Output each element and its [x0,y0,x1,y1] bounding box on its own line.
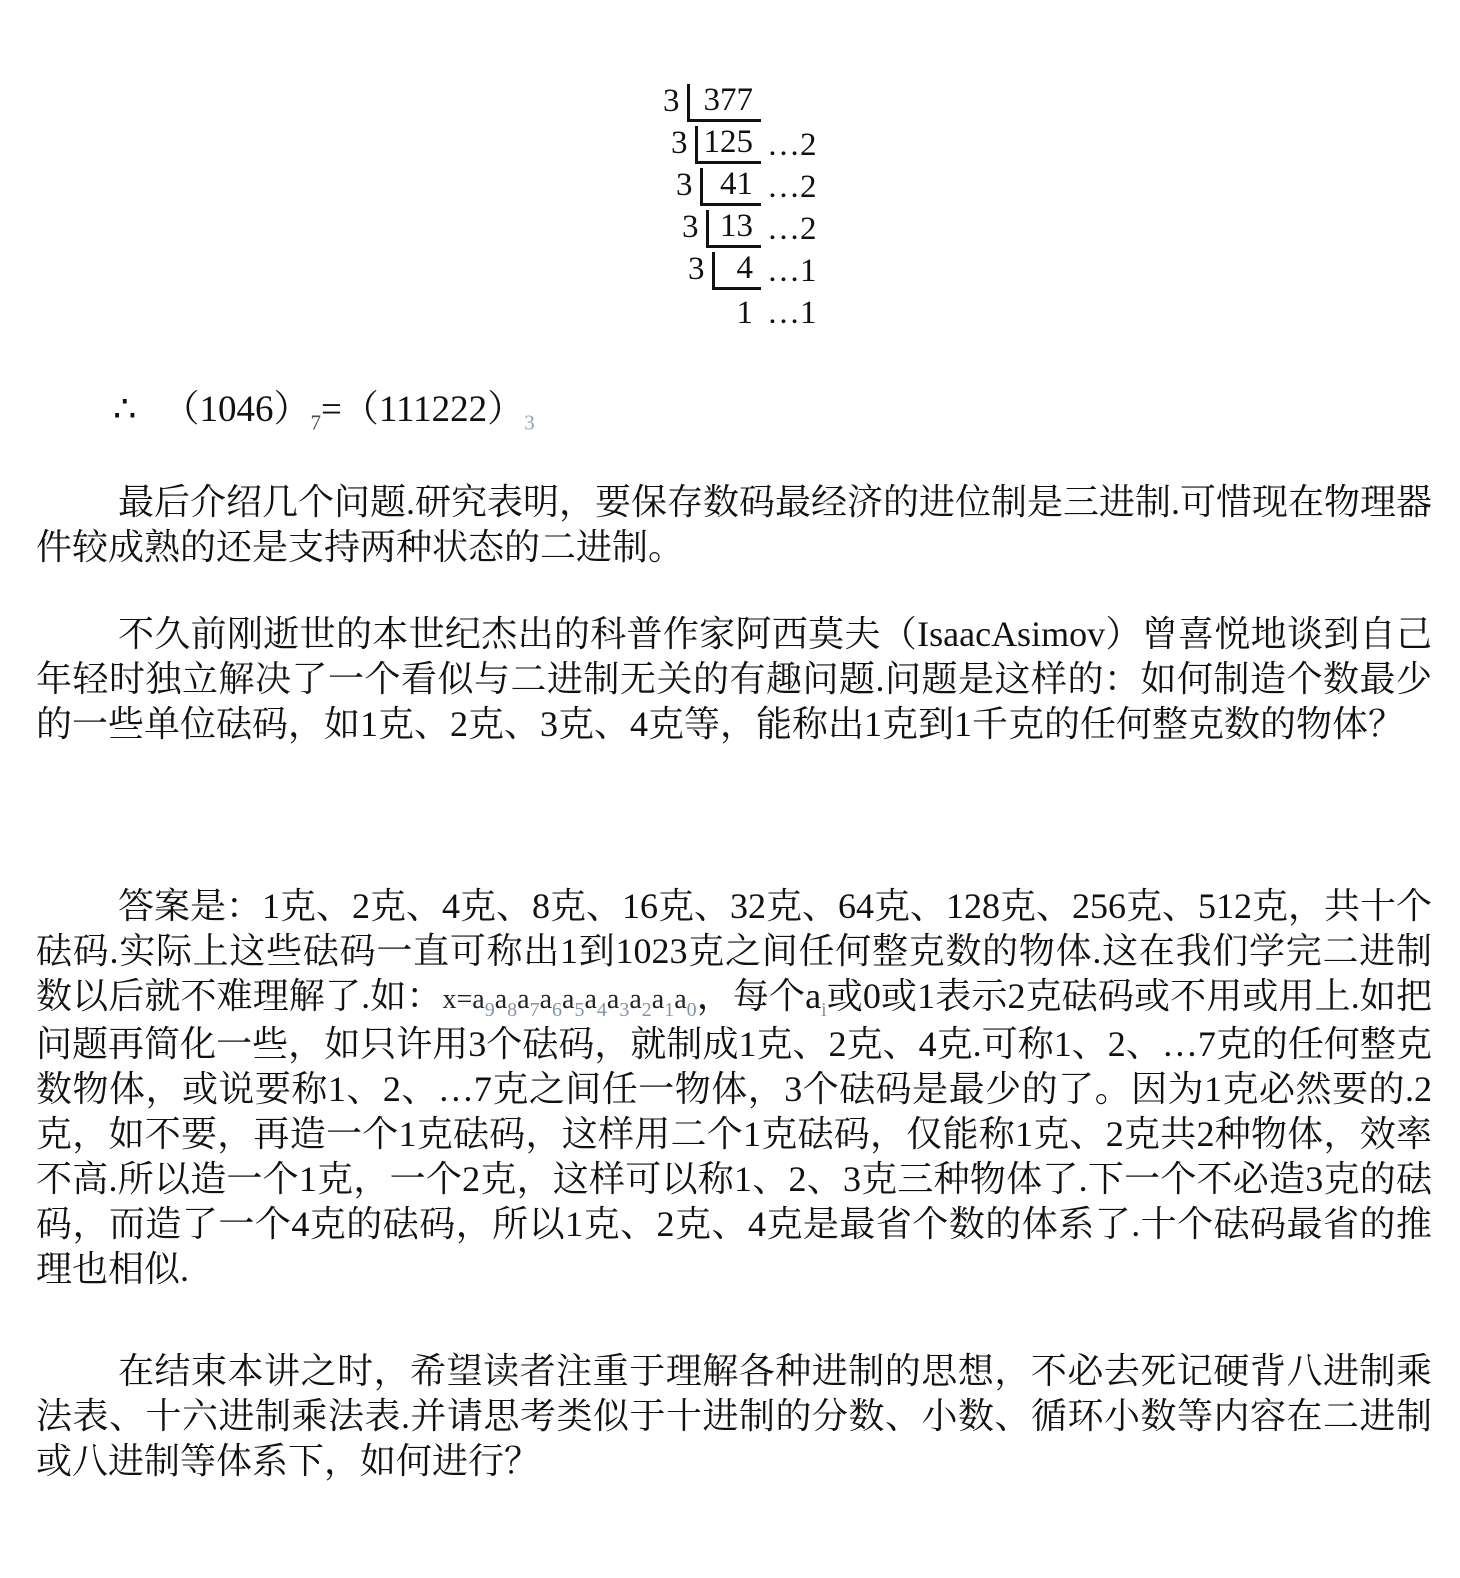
term-a5-sub: 5 [574,1000,584,1022]
formula-lhs: （1046） [163,389,311,430]
term-a5: a [562,984,574,1015]
conversion-formula: ∴（1046）7=（111222）3 [113,388,1460,433]
paragraph-ternary-economy: 最后介绍几个问题.研究表明，要保存数码最经济的进位制是三进制.可惜现在物理器件较… [36,480,1432,570]
formula-rhs-base: 3 [524,410,535,434]
paragraph-closing-advice: 在结束本讲之时，希望读者注重于理解各种进制的思想，不必去死记硬背八进制乘法表、十… [36,1349,1432,1484]
term-a4: a [584,984,596,1015]
term-a6-sub: 6 [552,1000,562,1022]
term-a1: a [652,984,664,1015]
ladder-divisor: 3 [676,169,700,206]
term-a8-sub: 8 [507,1000,517,1022]
ladder-quotient: 13 [706,210,761,248]
ladder-row: 3 377 [663,80,839,122]
ladder-row: 3 4 …1 [663,248,839,290]
term-a7: a [517,984,529,1015]
term-a0: a [674,984,686,1015]
formula-lhs-base: 7 [311,410,322,434]
ladder-divisor: 3 [688,253,712,290]
term-a2: a [629,984,641,1015]
therefore-symbol: ∴ [113,389,137,430]
term-a4-sub: 4 [597,1000,607,1022]
term-a6: a [540,984,552,1015]
ladder-remainder: …2 [761,129,839,164]
ladder-quotient: 377 [687,84,761,122]
term-a9: a [472,984,484,1015]
ladder-quotient: 125 [695,126,761,164]
ladder-divisor: 3 [663,85,687,122]
term-a1-sub: 1 [664,1000,674,1022]
ladder-remainder [761,120,839,122]
term-a3: a [607,984,619,1015]
ladder-row: 3 13 …2 [663,206,839,248]
ladder-quotient: 4 [712,252,761,290]
answer-text-mid: ，每个a [697,976,821,1016]
base-conversion-ladder: 3 377 3 125 …2 3 41 …2 3 13 …2 3 4 …1 1 … [663,80,839,332]
term-a3-sub: 3 [619,1000,629,1022]
ladder-divisor [688,328,712,332]
term-a8: a [495,984,507,1015]
term-a9-sub: 9 [485,1000,495,1022]
term-a7-sub: 7 [530,1000,540,1022]
ladder-row: 1 …1 [663,290,839,332]
paragraph-asimov-problem: 不久前刚逝世的本世纪杰出的科普作家阿西莫夫（IsaacAsimov）曾喜悦地谈到… [36,612,1432,747]
ladder-divisor: 3 [671,127,695,164]
ladder-divisor: 3 [682,211,706,248]
document-page: 3 377 3 125 …2 3 41 …2 3 13 …2 3 4 …1 1 … [0,80,1460,1484]
ladder-row: 3 41 …2 [663,164,839,206]
ladder-remainder: …1 [761,297,839,332]
ladder-final-quotient: 1 [712,297,761,332]
x-equals: x= [442,984,472,1015]
ladder-row: 3 125 …2 [663,122,839,164]
ladder-remainder: …1 [761,255,839,290]
formula-rhs: （111222） [342,389,524,430]
ladder-remainder: …2 [761,213,839,248]
formula-equals: = [321,389,342,430]
term-a2-sub: 2 [642,1000,652,1022]
term-a0-sub: 0 [687,1000,697,1022]
answer-text-after: 或0或1表示2克砝码或不用或用上.如把问题再简化一些，如只许用3个砝码，就制成1… [36,976,1432,1289]
ladder-quotient: 41 [700,168,761,206]
ladder-remainder: …2 [761,171,839,206]
paragraph-answer-weights: 答案是：1克、2克、4克、8克、16克、32克、64克、128克、256克、51… [36,884,1432,1292]
